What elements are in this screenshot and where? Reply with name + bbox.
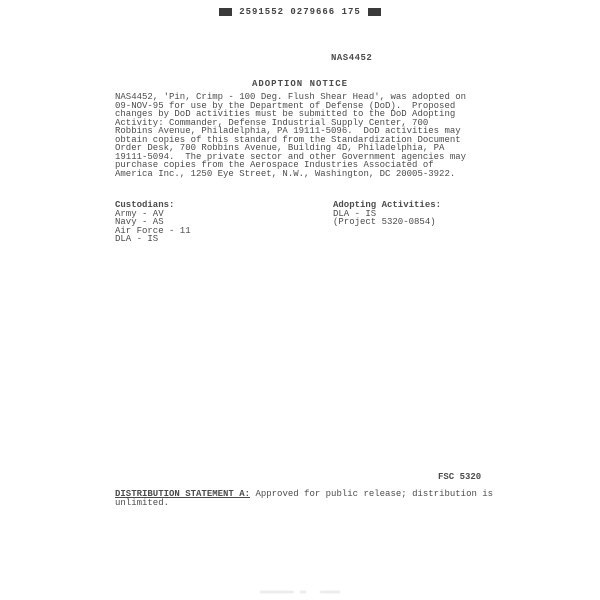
adopting-activity-item: (Project 5320-0854): [333, 218, 441, 227]
scanner-code-line: 2591552 0279666 175: [0, 7, 600, 17]
custodians-section: Custodians: Army - AV Navy - AS Air Forc…: [115, 201, 191, 244]
distribution-statement: DISTRIBUTION STATEMENT A: Approved for p…: [115, 490, 495, 507]
fsc-code: FSC 5320: [438, 472, 481, 482]
barcode-block-icon: [368, 8, 381, 16]
document-number: NAS4452: [331, 53, 372, 63]
custodian-item: DLA - IS: [115, 235, 191, 244]
scan-artifact: [240, 590, 360, 594]
page-title: ADOPTION NOTICE: [0, 79, 600, 89]
scanner-code-text: 2591552 0279666 175: [239, 7, 361, 17]
barcode-block-icon: [219, 8, 232, 16]
adopting-activities-section: Adopting Activities: DLA - IS (Project 5…: [333, 201, 441, 227]
scanned-document-page: 2591552 0279666 175 NAS4452 ADOPTION NOT…: [0, 0, 600, 600]
adoption-notice-body: NAS4452, 'Pin, Crimp - 100 Deg. Flush Sh…: [115, 93, 493, 178]
